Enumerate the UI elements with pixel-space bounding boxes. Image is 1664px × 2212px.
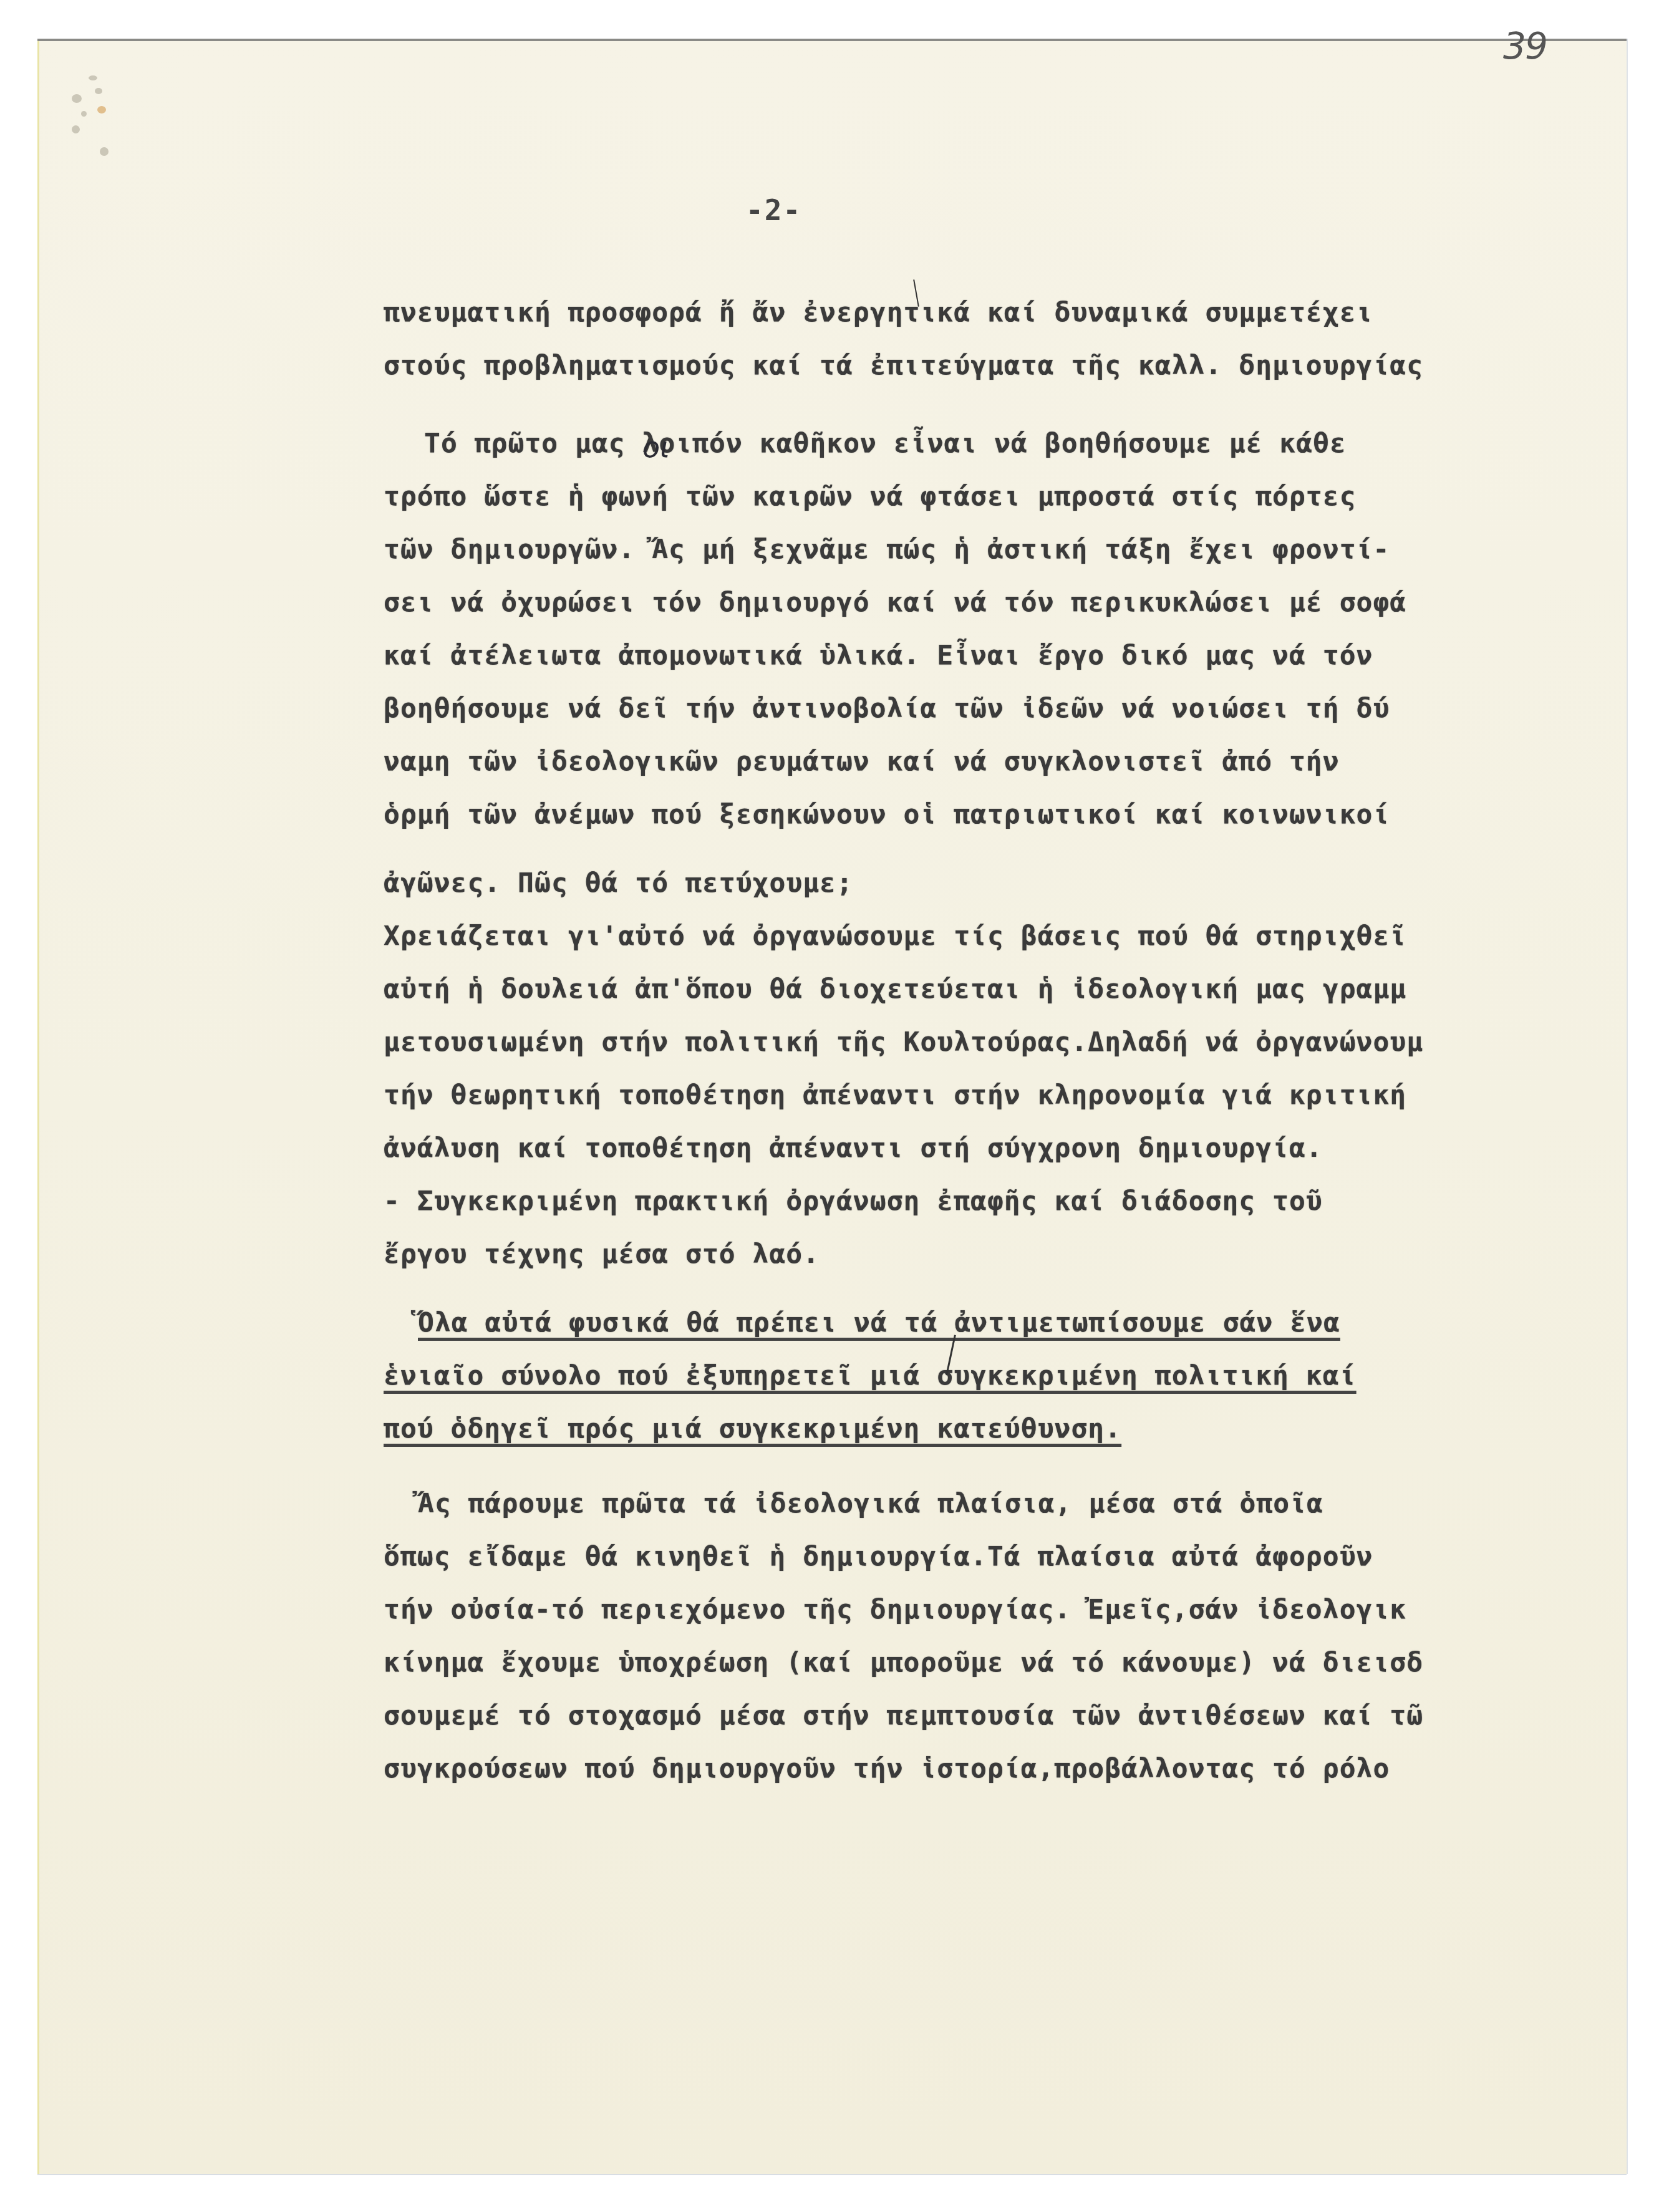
text-line: συγκρούσεων πού δημιουργοῦν τήν ἱστορία,… [384,1756,1390,1782]
staple-hole [72,125,80,133]
text-line: τῶν δημιουργῶν. Ἄς μή ξεχνᾶμε πώς ἡ ἀστι… [384,536,1390,563]
page-label: -2- [746,193,801,227]
text-line: ἀνάλυση καί τοποθέτηση ἀπέναντι στή σύγχ… [384,1135,1323,1162]
text-line: ὅπως εἴδαμε θά κινηθεῖ ἡ δημιουργία.Τά π… [384,1543,1373,1570]
staple-hole [95,88,102,94]
text-line: ὁρμή τῶν ἀνέμων πού ξεσηκώνουν οἱ πατριω… [384,801,1390,828]
handwritten-correction: οι [642,430,670,464]
text-line: πνευματική προσφορά ἤ ἄν ἐνεργητικά καί … [384,299,1373,326]
text-line: ναμη τῶν ἰδεολογικῶν ρευμάτων καί νά συγ… [384,748,1340,775]
staple-hole [100,147,109,156]
text-line: σουμεμέ τό στοχασμό μέσα στήν πεμπτουσία… [384,1702,1423,1729]
text-line: βοηθήσουμε νά δεῖ τήν ἀντινοβολία τῶν ἰδ… [384,695,1390,722]
staple-hole [89,75,97,80]
text-line: ἔργου τέχνης μέσα στό λαό. [384,1241,820,1268]
text-line: πού ὁδηγεῖ πρός μιά συγκεκριμένη κατεύθυ… [384,1416,1121,1442]
text-line: Τό πρῶτο μας λοιπόν καθῆκον εἶναι νά βοη… [424,430,1347,457]
text-line: σει νά ὀχυρώσει τόν δημιουργό καί νά τόν… [384,589,1406,616]
text-line: τήν θεωρητική τοποθέτηση ἀπέναντι στήν κ… [384,1082,1406,1109]
text-line: αὐτή ἡ δουλειά ἀπ'ὅπου θά διοχετεύεται ἡ… [384,976,1406,1003]
staple-hole [81,111,87,117]
text-line: Ὅλα αὐτά φυσικά θά πρέπει νά τά ἀντιμετω… [418,1310,1340,1336]
text-line: ἑνιαῖο σύνολο πού ἐξυπηρετεῖ μιά συγκεκρ… [384,1363,1357,1389]
rust-spot [97,106,106,113]
text-line: μετουσιωμένη στήν πολιτική τῆς Κουλτούρα… [384,1029,1423,1056]
staple-hole [72,94,82,103]
text-line: καί ἀτέλειωτα ἀπομονωτικά ὑλικά. Εἶναι ἔ… [384,642,1373,669]
text-line: Χρειάζεται γι'αὐτό νά ὀργανώσουμε τίς βά… [384,923,1406,950]
text-line: κίνημα ἔχουμε ὑποχρέωση (καί μποροῦμε νά… [384,1649,1423,1676]
handwritten-archive-number: 39 [1503,25,1547,67]
text-line: Ἄς πάρουμε πρῶτα τά ἰδεολογικά πλαίσια, … [418,1490,1323,1517]
text-line: τρόπο ὥστε ἡ φωνή τῶν καιρῶν νά φτάσει μ… [384,483,1357,510]
text-line: ἀγῶνες. Πῶς θά τό πετύχουμε; [384,870,853,897]
text-line: - Συγκεκριμένη πρακτική ὀργάνωση ἐπαφῆς … [384,1188,1323,1215]
text-line: τήν οὐσία-τό περιεχόμενο τῆς δημιουργίας… [384,1596,1406,1623]
text-line: στούς προβληματισμούς καί τά ἐπιτεύγματα… [384,352,1423,379]
